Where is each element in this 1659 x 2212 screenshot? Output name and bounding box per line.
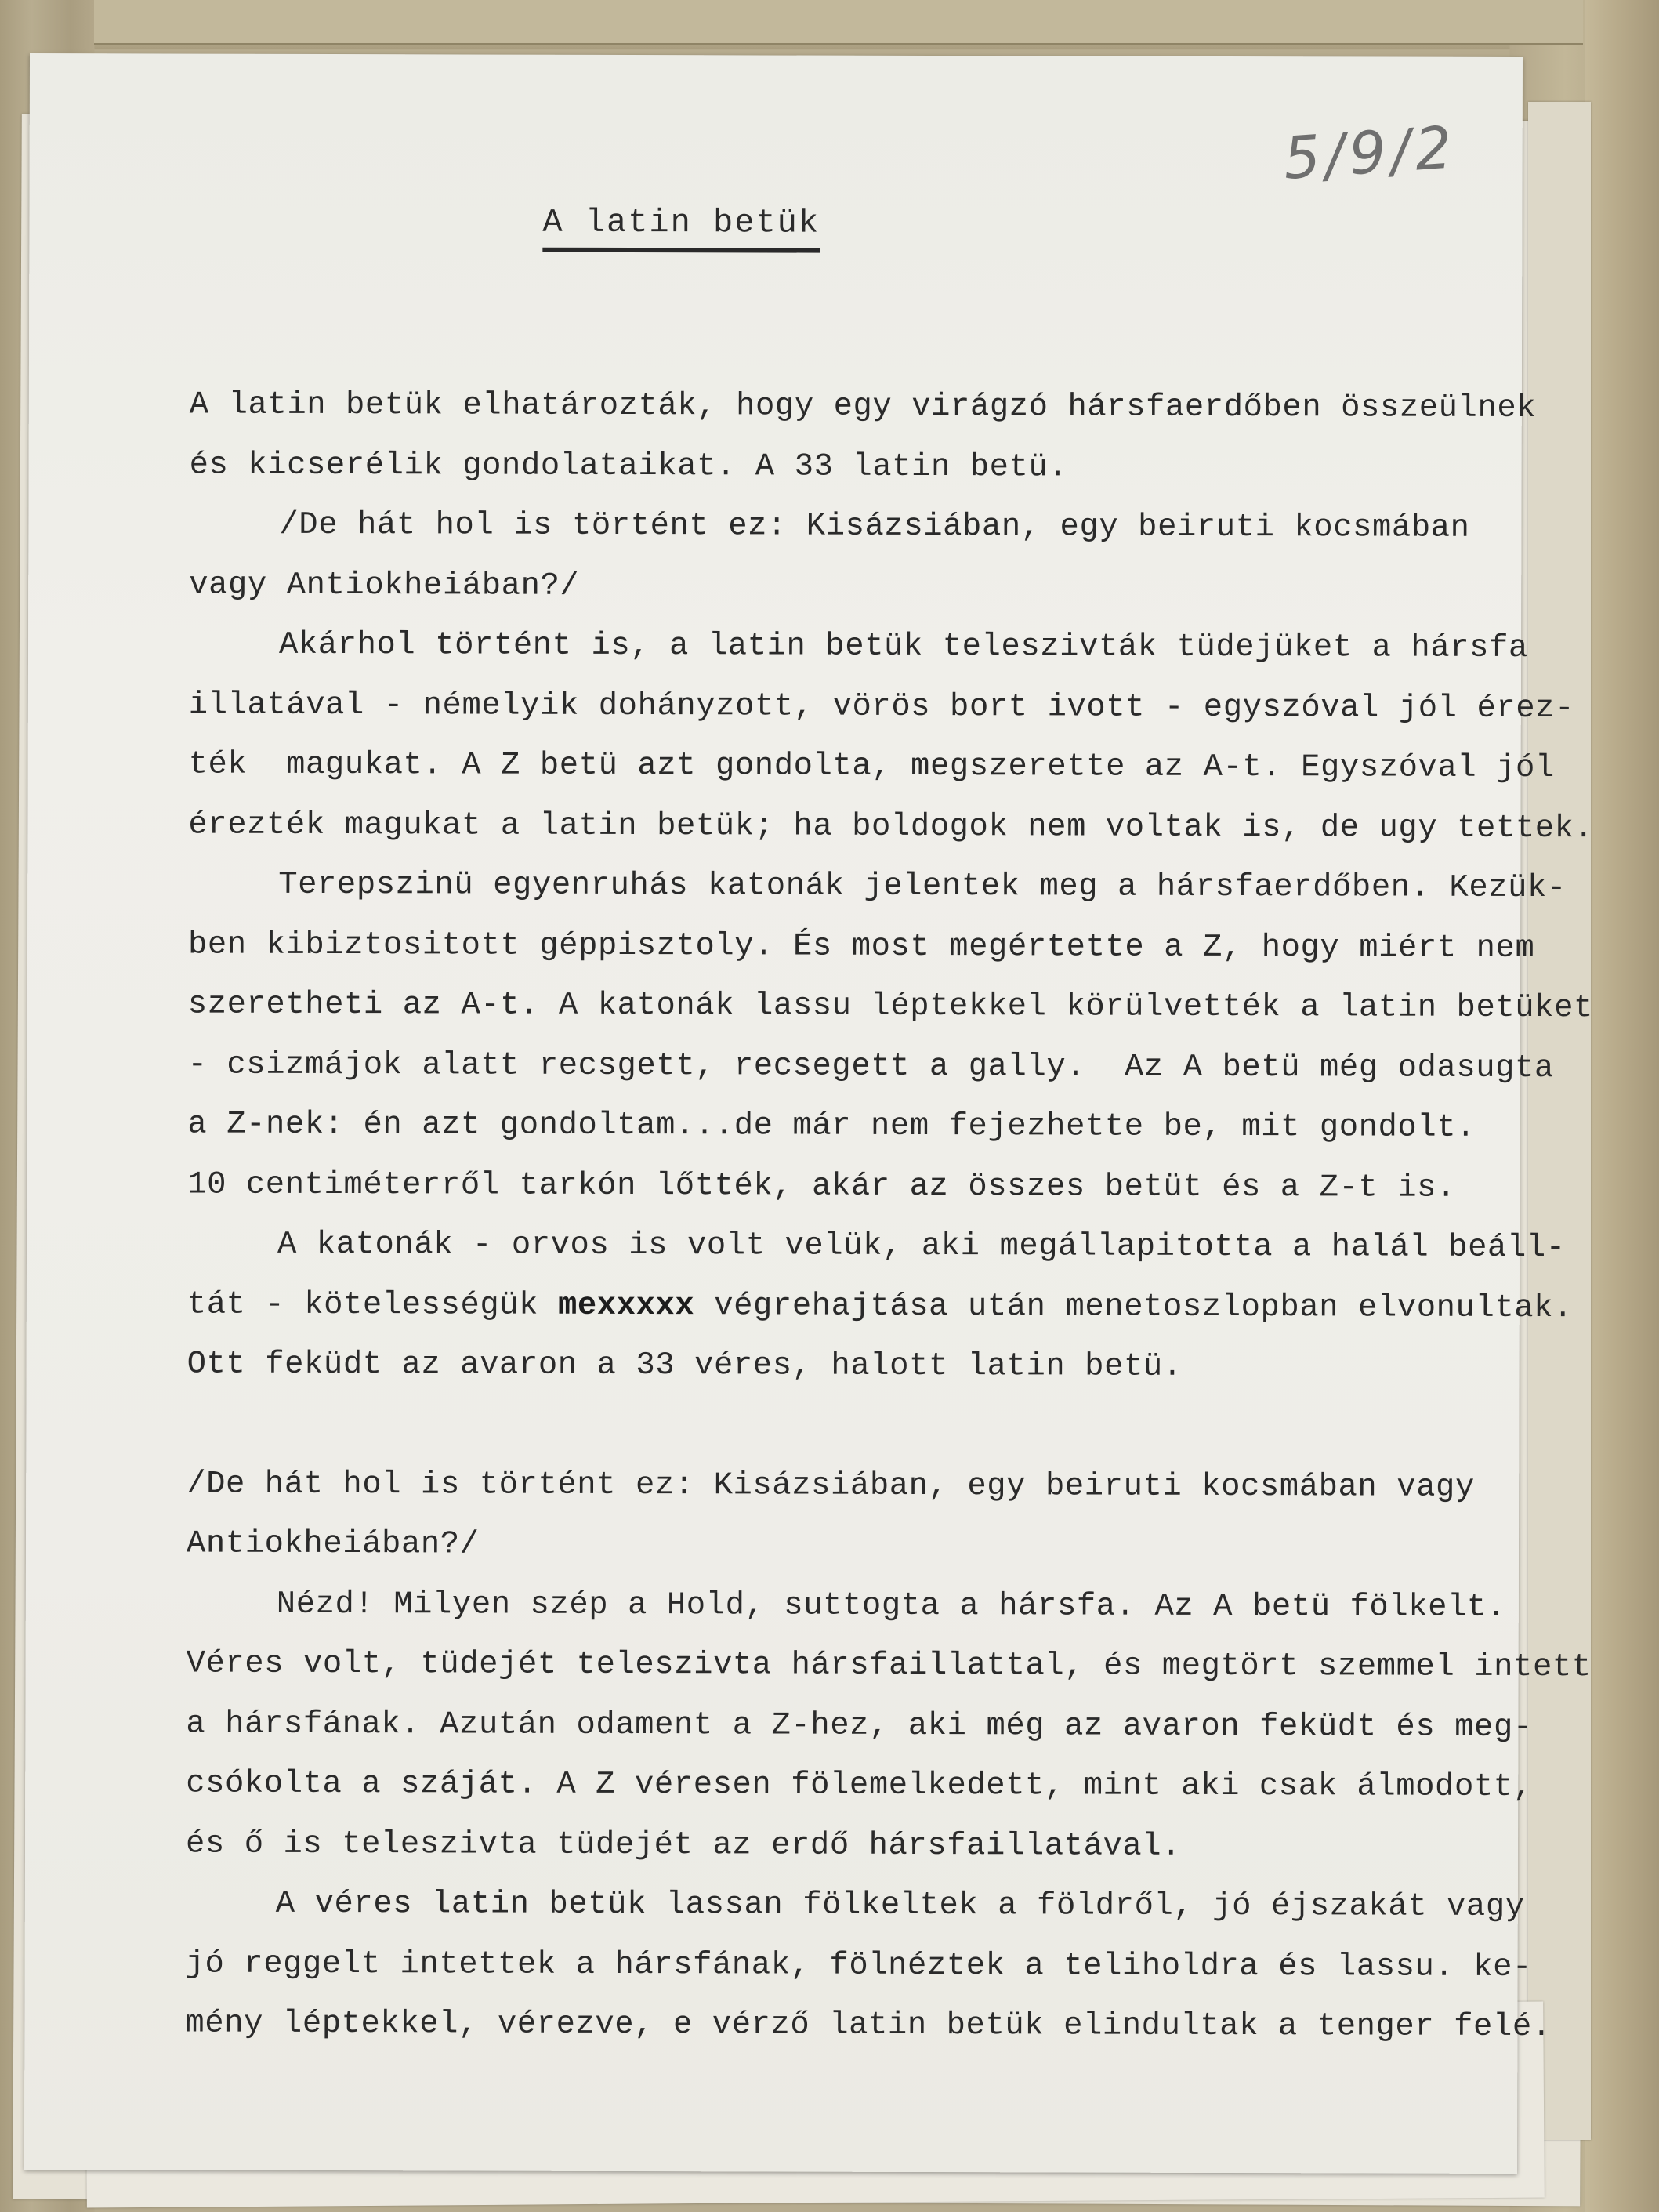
text-line: A véres latin betük lassan fölkeltek a f… [186, 1874, 1534, 1938]
text-line: a hársfának. Azután odament a Z-hez, aki… [186, 1694, 1534, 1757]
text-line: Antiokheiában?/ [187, 1514, 1534, 1578]
paragraph-gap [187, 1394, 1534, 1458]
text-line: ben kibiztositott géppisztoly. És most m… [188, 915, 1536, 978]
text-line: jó reggelt intettek a hársfának, fölnézt… [186, 1934, 1534, 1997]
text-line: /De hát hol is történt ez: Kisázsiában, … [189, 495, 1537, 559]
text-line: 10 centiméterről tarkón lőtték, akár az … [187, 1155, 1535, 1218]
struck-out-text: mexxxxx [558, 1287, 694, 1323]
text-segment: tát - kötelességük [187, 1286, 538, 1323]
text-line: ték magukat. A Z betü azt gondolta, megs… [189, 735, 1537, 799]
text-line: illatával - némelyik dohányzott, vörös b… [189, 675, 1537, 738]
text-segment: végrehajtása után menetoszlopban elvonul… [694, 1288, 1573, 1326]
folder-right-edge [1585, 0, 1659, 2212]
text-line-with-strikeout: tát - kötelességük mexxxxx végrehajtása … [187, 1275, 1535, 1338]
underlying-sheet-edge [1528, 102, 1591, 2140]
text-line: /De hát hol is történt ez: Kisázsiában, … [187, 1454, 1534, 1518]
text-line: érezték magukat a latin betük; ha boldog… [188, 795, 1536, 858]
text-line: Nézd! Milyen szép a Hold, suttogta a hár… [187, 1574, 1534, 1637]
text-line: Ott feküdt az avaron a 33 véres, halott … [187, 1335, 1535, 1398]
typewritten-page: 5/9/2 A latin betük A latin betük elhatá… [24, 53, 1523, 2174]
text-line: A katonák - orvos is volt velük, aki meg… [187, 1215, 1535, 1278]
handwritten-page-reference: 5/9/2 [1281, 114, 1458, 193]
text-line: és ő is teleszivta tüdejét az erdő hársf… [186, 1814, 1534, 1877]
text-line: Terepszinü egyenruhás katonák jelentek m… [188, 855, 1536, 919]
text-line: és kicserélik gondolataikat. A 33 latin … [190, 435, 1538, 499]
text-line: mény léptekkel, vérezve, e vérző latin b… [185, 1994, 1533, 2058]
text-line: vagy Antiokheiában?/ [189, 555, 1537, 618]
text-line: szeretheti az A-t. A katonák lassu lépte… [188, 975, 1536, 1039]
text-line: - csizmájok alatt recsgett, recsegett a … [188, 1035, 1536, 1098]
text-line: Véres volt, tüdejét teleszivta hársfaill… [187, 1634, 1534, 1698]
text-line: A latin betük elhatározták, hogy egy vir… [190, 375, 1538, 439]
page-title: A latin betük [542, 204, 820, 253]
text-line: csókolta a száját. A Z véresen fölemelke… [186, 1754, 1534, 1818]
folder-top-edge [94, 0, 1583, 45]
text-line: a Z-nek: én azt gondoltam...de már nem f… [187, 1095, 1535, 1159]
document-body: A latin betük elhatározták, hogy egy vir… [185, 375, 1538, 2058]
text-line: Akárhol történt is, a latin betük telesz… [189, 615, 1537, 679]
